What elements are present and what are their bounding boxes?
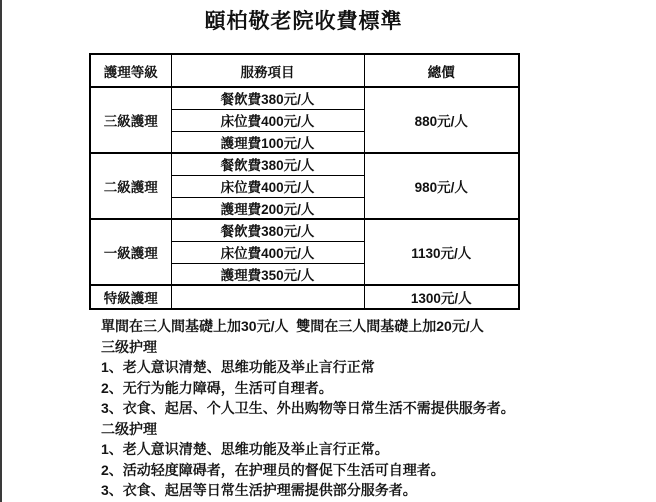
service-cell: 餐飲費380元/人 — [171, 153, 364, 175]
level-3-criterion-2: 2、无行为能力障碍，生活可自理者。 — [101, 378, 571, 399]
level-cell: 特級護理 — [90, 285, 171, 309]
scan-edge-line — [0, 0, 2, 502]
service-cell: 餐飲費380元/人 — [171, 87, 364, 109]
service-cell: 床位費400元/人 — [171, 175, 364, 197]
section-heading-level-2: 二级护理 — [101, 419, 571, 440]
service-cell: 餐飲費380元/人 — [171, 219, 364, 241]
document-page: 頤柏敬老院收費標準 護理等級 服務項目 總價 三級護理 餐飲費380元/人 88… — [0, 0, 656, 502]
header-nursing-level: 護理等級 — [90, 54, 171, 87]
total-cell: 1300元/人 — [364, 285, 519, 309]
service-cell: 床位費400元/人 — [171, 241, 364, 263]
header-service-item: 服務項目 — [171, 54, 364, 87]
service-cell: 護理費350元/人 — [171, 263, 364, 285]
total-cell: 980元/人 — [364, 153, 519, 219]
level-3-criterion-1: 1、老人意识清楚、思维功能及举止言行正常 — [101, 357, 571, 378]
level-2-criterion-1: 1、老人意识清楚、思维功能及举止言行正常。 — [101, 439, 571, 460]
header-total-price: 總價 — [364, 54, 519, 87]
table-row: 一級護理 餐飲費380元/人 1130元/人 — [90, 219, 519, 241]
service-cell: 護理費200元/人 — [171, 197, 364, 219]
page-title: 頤柏敬老院收費標準 — [89, 5, 518, 35]
level-cell: 三級護理 — [90, 87, 171, 153]
service-cell: 護理費100元/人 — [171, 131, 364, 153]
total-cell: 1130元/人 — [364, 219, 519, 285]
total-cell: 880元/人 — [364, 87, 519, 153]
table-row: 二級護理 餐飲費380元/人 980元/人 — [90, 153, 519, 175]
level-2-criterion-3: 3、衣食、起居等日常生活护理需提供部分服务者。 — [101, 480, 571, 501]
notes-section: 單間在三人間基礎上加30元/人 雙間在三人間基礎上加20元/人 三级护理 1、老… — [101, 316, 571, 501]
level-cell: 一級護理 — [90, 219, 171, 285]
level-3-criterion-3: 3、衣食、起居、个人卫生、外出购物等日常生活不需提供服务者。 — [101, 398, 571, 419]
section-heading-level-3: 三级护理 — [101, 337, 571, 358]
table-row: 三級護理 餐飲費380元/人 880元/人 — [90, 87, 519, 109]
level-cell: 二級護理 — [90, 153, 171, 219]
level-2-criterion-2: 2、活动轻度障碍者，在护理员的督促下生活可自理者。 — [101, 460, 571, 481]
service-cell: 床位費400元/人 — [171, 109, 364, 131]
fee-table: 護理等級 服務項目 總價 三級護理 餐飲費380元/人 880元/人 床位費40… — [89, 53, 520, 310]
service-cell-empty — [171, 285, 364, 309]
table-row-special: 特級護理 1300元/人 — [90, 285, 519, 309]
room-surcharge-note: 單間在三人間基礎上加30元/人 雙間在三人間基礎上加20元/人 — [101, 316, 571, 337]
table-header-row: 護理等級 服務項目 總價 — [90, 54, 519, 87]
